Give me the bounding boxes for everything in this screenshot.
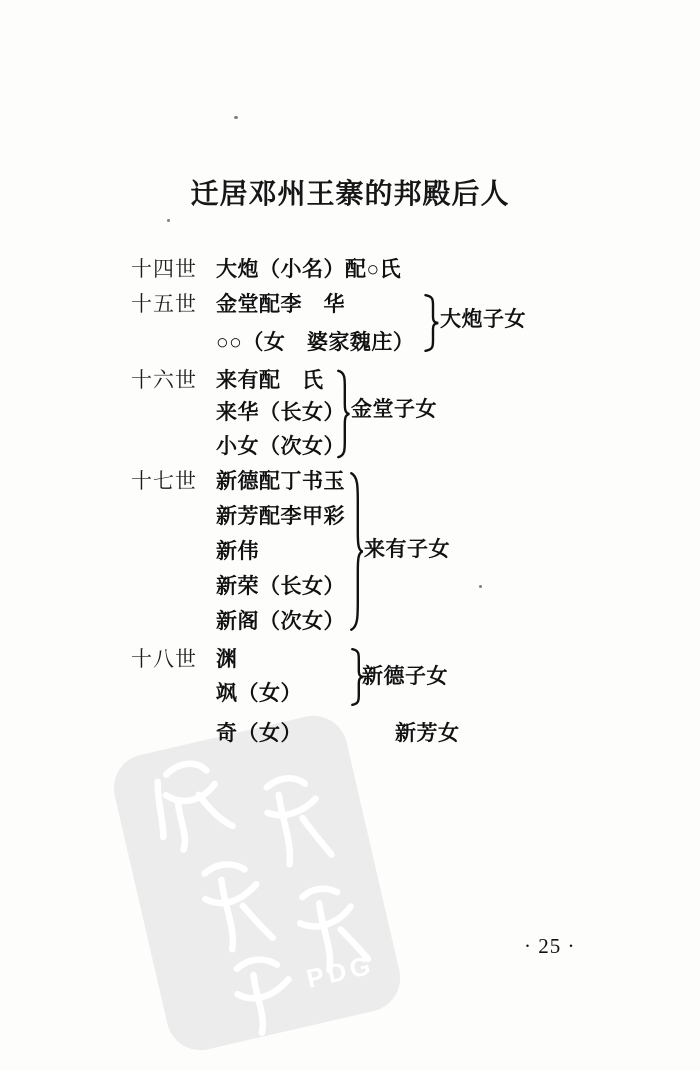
genealogy-entry: 小女（次女）: [216, 434, 345, 460]
curly-brace-icon: [350, 470, 363, 633]
generation-label-17: 十七世: [131, 469, 197, 495]
brace-label-xinde-children: 新德子女: [362, 664, 448, 690]
library-stamp-watermark: PDG: [107, 709, 407, 1057]
curly-brace-icon: [337, 369, 350, 459]
genealogy-entry: 大炮（小名）配○氏: [216, 257, 401, 283]
brace-label-jintang-children: 金堂子女: [351, 397, 437, 423]
generation-label-15: 十五世: [131, 292, 197, 318]
seal-characters-icon: [107, 709, 407, 1057]
genealogy-entry: 来有配 氏: [216, 368, 324, 394]
page-title: 迁居邓州王寨的邦殿后人: [0, 178, 700, 210]
generation-label-14: 十四世: [131, 257, 197, 283]
genealogy-entry: 渊: [216, 647, 238, 673]
genealogy-entry: ○○（女 婆家魏庄）: [216, 330, 414, 356]
genealogy-entry: 飒（女）: [216, 681, 302, 707]
generation-label-18: 十八世: [131, 647, 197, 673]
scan-speck: [167, 219, 170, 222]
genealogy-entry: 新芳配李甲彩: [216, 504, 345, 530]
genealogy-entry: 新伟: [216, 539, 259, 565]
genealogy-entry: 来华（长女）: [216, 400, 345, 426]
generation-label-16: 十六世: [131, 368, 197, 394]
curly-brace-icon: [424, 294, 439, 352]
brace-label-dapao-children: 大炮子女: [440, 307, 526, 333]
genealogy-entry: 新荣（长女）: [216, 574, 345, 600]
genealogy-entry: 新阁（次女）: [216, 609, 345, 635]
note-xinfang-daughter: 新芳女: [395, 721, 460, 747]
scanned-book-page: PDG 迁居邓州王寨的邦殿后人 十四世 大炮（小名）配○氏 十五世 金堂配李 华…: [0, 0, 700, 1070]
genealogy-entry: 奇（女）: [216, 721, 302, 747]
scan-speck: [479, 585, 482, 588]
genealogy-entry: 金堂配李 华: [216, 292, 345, 318]
scan-speck: [234, 116, 238, 119]
genealogy-entry: 新德配丁书玉: [216, 469, 345, 495]
page-number: · 25 ·: [524, 934, 576, 959]
brace-label-laiyou-children: 来有子女: [364, 537, 450, 563]
